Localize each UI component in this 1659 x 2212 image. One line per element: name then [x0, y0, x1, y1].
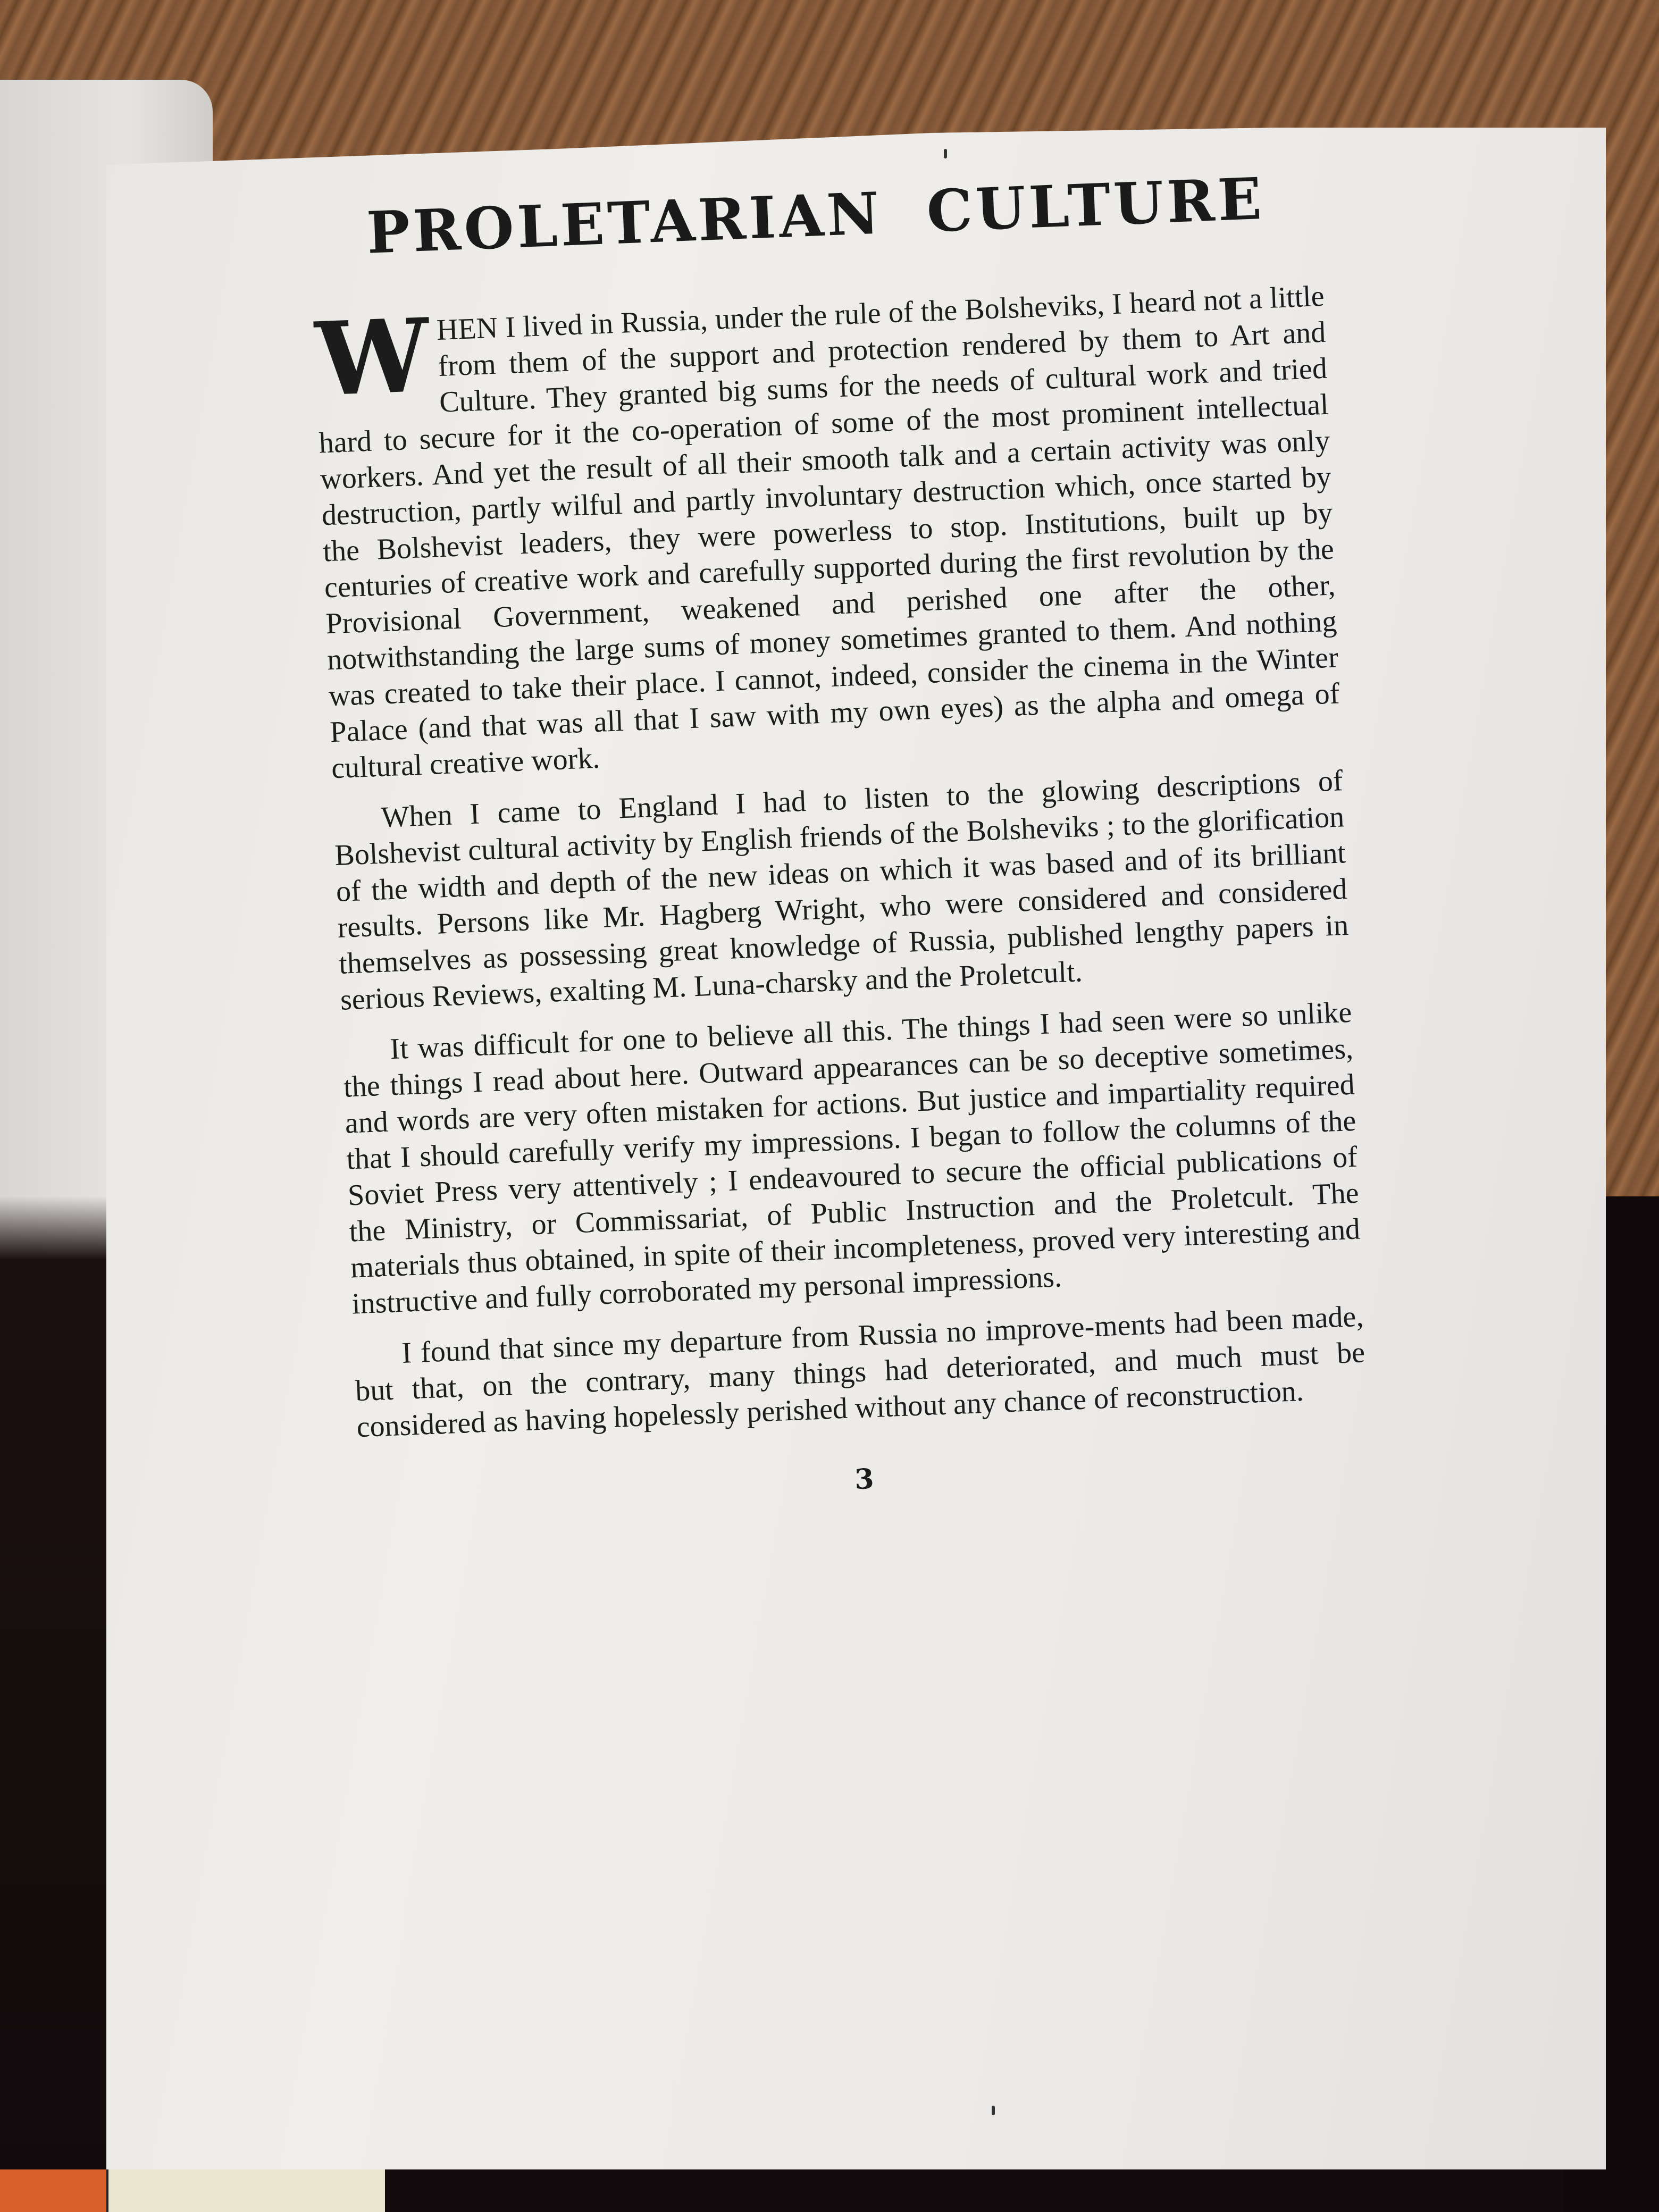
paragraph-4: I found that since my departure from Rus… — [353, 1298, 1367, 1445]
orange-cover-edge — [0, 2169, 106, 2212]
page-title: PROLETARIAN CULTURE — [309, 163, 1321, 269]
document-page: PROLETARIAN CULTURE WHEN I lived in Russ… — [106, 128, 1606, 2169]
paragraph-1-text: I lived in Russia, under the rule of the… — [319, 280, 1340, 785]
page-number: 3 — [359, 1444, 1370, 1515]
page-content: PROLETARIAN CULTURE WHEN I lived in Russ… — [308, 131, 1370, 1515]
drop-cap: W — [314, 316, 431, 400]
paragraph-2: When I came to England I had to listen t… — [333, 763, 1351, 1018]
cream-paper-edge — [106, 2169, 385, 2212]
lead-word: HEN — [436, 312, 498, 347]
paragraph-1: WHEN I lived in Russia, under the rule o… — [314, 278, 1342, 786]
paper-speck — [992, 2106, 995, 2115]
paragraph-3: It was difficult for one to believe all … — [341, 994, 1362, 1322]
